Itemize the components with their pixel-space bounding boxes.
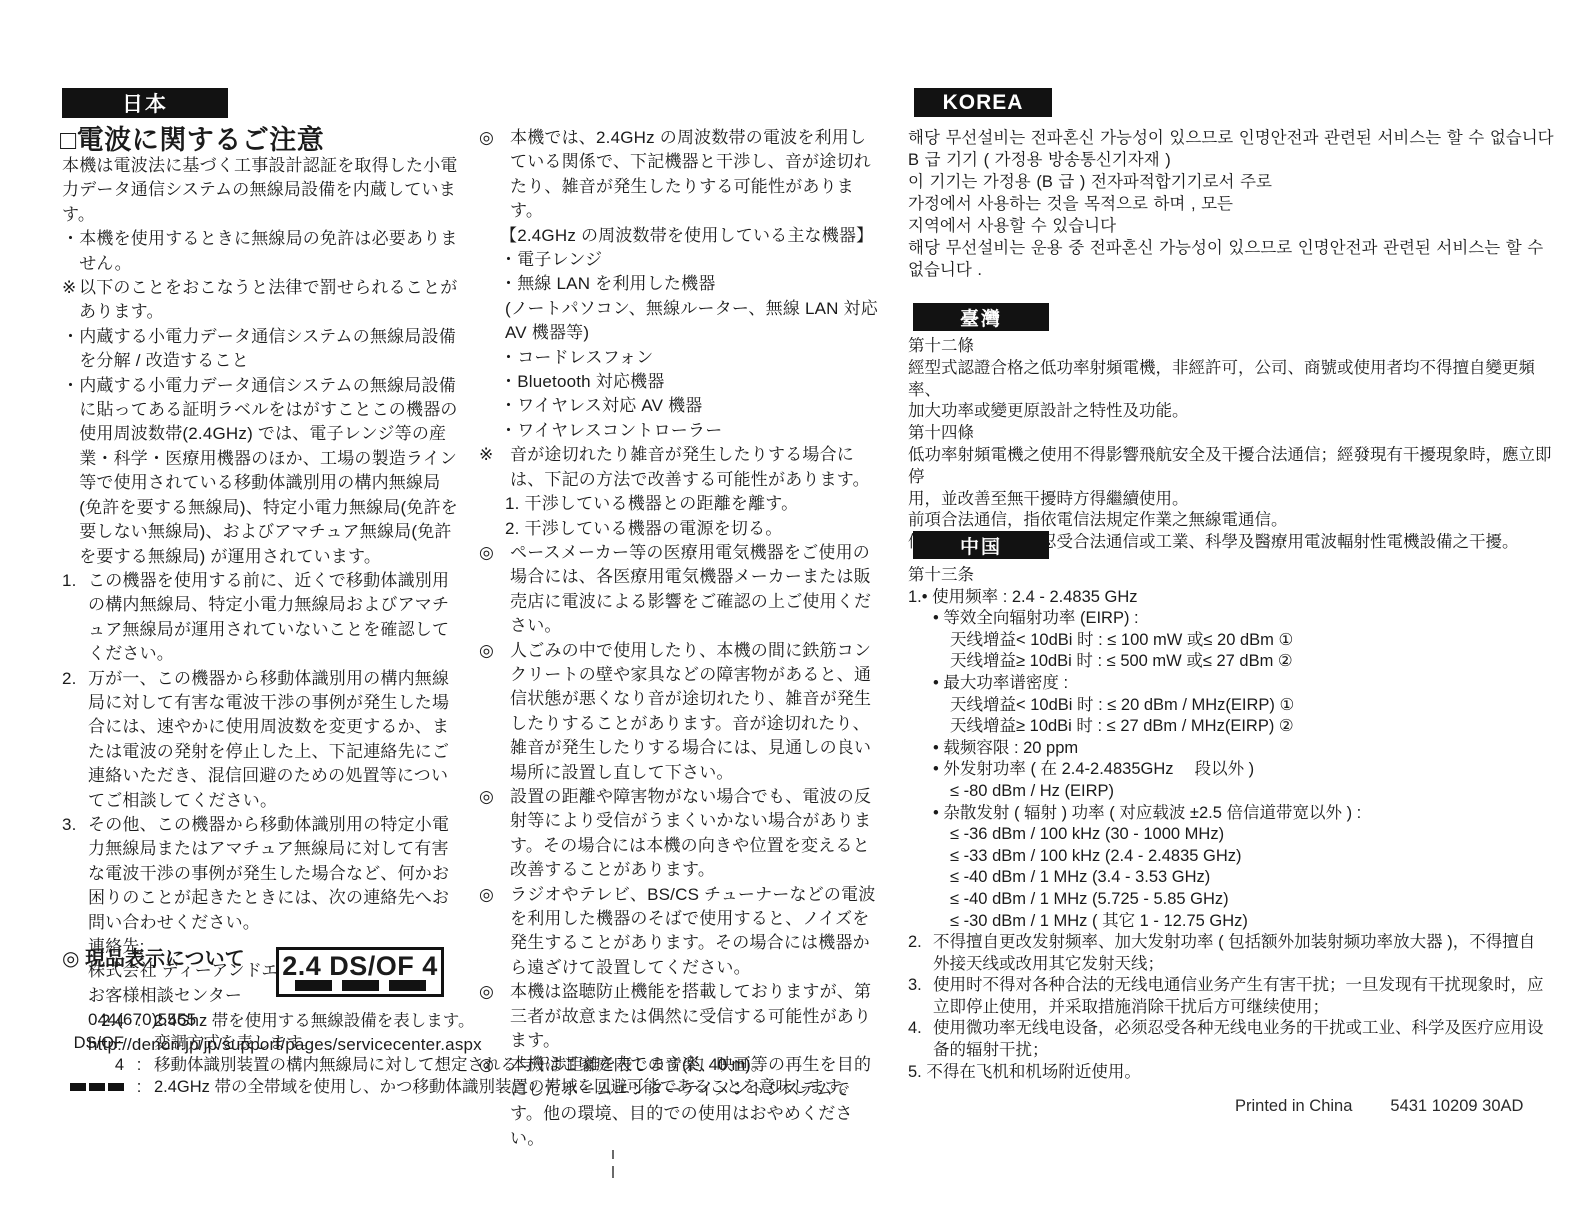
text-line: 第十二條 [908, 336, 1560, 358]
text-line: 2.万が一、この機器から移動体識別用の構内無線局に対して有害な電波干渉の事例が発… [62, 667, 460, 813]
korea-header-box: KOREA [914, 88, 1052, 117]
line-text: 前項合法通信，指依電信法規定作業之無線電通信。 [908, 510, 1560, 532]
text-line: 3.その他、この機器から移動体識別用の特定小電力無線局またはアマチュア無線局に対… [62, 813, 460, 935]
line-text: 内蔵する小電力データ通信システムの無線局設備を分解 / 改造すること [79, 325, 460, 374]
text-line: ・ワイヤレスコントローラー [479, 419, 883, 443]
text-line: 가정에서 사용하는 것을 목적으로 하며 , 모든 [908, 193, 1560, 215]
korea-header-label: KOREA [943, 91, 1024, 115]
legend-row: DS/OF:変調方式を表します。 [62, 1032, 892, 1054]
china-text: 第十三条1.• 使用频率 : 2.4 - 2.4835 GHz• 等效全向辐射功… [908, 565, 1548, 1083]
line-text: 使用时不得对各种合法的无线电通信业务产生有害干扰；一旦发现有干扰现象时，应立即停… [933, 975, 1548, 1018]
text-line: 2. 干渉している機器の電源を切る。 [479, 517, 883, 541]
list-marker: 4. [908, 1018, 933, 1061]
text-line: 低功率射頻電機之使用不得影響飛航安全及干擾合法通信；經發現有干擾現象時，應立即停 [908, 445, 1560, 489]
line-text: • 等效全向辐射功率 (EIRP) : [933, 608, 1548, 630]
text-line: 本機は電波法に基づく工事設計認証を取得した小電力データ通信システムの無線局設備を… [62, 154, 460, 227]
china-header-label: 中国 [960, 532, 1002, 559]
text-line: ◎設置の距離や障害物がない場合でも、電波の反射等により受信がうまくいかない場合が… [479, 785, 883, 883]
legend-separator: : [124, 1032, 154, 1054]
line-text: 第十四條 [908, 423, 1560, 445]
text-line: 3.使用时不得对各种合法的无线电通信业务产生有害干扰；一旦发现有干扰现象时，应立… [908, 975, 1548, 1018]
line-text: 이 기기는 가정용 (B 급 ) 전자파적합기기로서 주로 [908, 171, 1560, 193]
line-text: ≤ -40 dBm / 1 MHz (5.725 - 5.85 GHz) [950, 889, 1548, 911]
legend-description: 2.4Ghz 帯を使用する無線設備を表します。 [154, 1010, 892, 1032]
list-marker: ・ [62, 227, 79, 276]
list-marker: 2. [62, 667, 88, 813]
line-text: 以下のことをおこなうと法律で罰せられることがあります。 [79, 276, 460, 325]
line-text: 없습니다 . [908, 259, 1560, 281]
band-bar-icon [342, 980, 379, 991]
line-text: 【2.4GHz の周波数帯を使用している主な機器】 [500, 224, 883, 248]
line-text: 第十二條 [908, 336, 1560, 358]
text-line: 天线增益≥ 10dBi 时 : ≤ 27 dBm / MHz(EIRP) ② [908, 716, 1548, 738]
legend-separator: : [124, 1054, 154, 1076]
text-line: ≤ -30 dBm / 1 MHz ( 其它 1 - 12.75 GHz) [908, 911, 1548, 933]
text-line: 해당 무선설비는 전파혼신 가능성이 있으므로 인명안전과 관련된 서비스는 할… [908, 127, 1560, 149]
taiwan-header-box: 臺灣 [913, 303, 1049, 331]
line-text: 万が一、この機器から移動体識別用の構内無線局に対して有害な電波干渉の事例が発生し… [88, 667, 460, 813]
text-line: 2.不得擅自更改发射频率、加大发射功率 ( 包括额外加装射频功率放大器 )，不得… [908, 932, 1548, 975]
manual-page: 日本 □電波に関するご注意 本機は電波法に基づく工事設計認証を取得した小電力デー… [0, 0, 1584, 1224]
text-line: ≤ -80 dBm / Hz (EIRP) [908, 781, 1548, 803]
legend-description: 2.4GHz 帯の全帯域を使用し、かつ移動体識別装置の帯域を回避可能であることを… [154, 1076, 892, 1098]
printed-in-label: Printed in China [1235, 1097, 1352, 1116]
line-text: ≤ -40 dBm / 1 MHz (3.4 - 3.53 GHz) [950, 867, 1548, 889]
text-line: • 最大功率谱密度 : [908, 673, 1548, 695]
band-bar-icon [389, 980, 426, 991]
japan-column-1: 本機は電波法に基づく工事設計認証を取得した小電力データ通信システムの無線局設備を… [62, 154, 460, 1057]
line-text: (ノートパソコン、無線ルーター、無線 LAN 対応 AV 機器等) [505, 297, 883, 346]
text-line: 이 기기는 가정용 (B 급 ) 전자파적합기기로서 주로 [908, 171, 1560, 193]
text-line: • 等效全向辐射功率 (EIRP) : [908, 608, 1548, 630]
text-line: 해당 무선설비는 운용 중 전파혼신 가능성이 있으므로 인명안전과 관련된 서… [908, 237, 1560, 259]
legend-row: 2.4:2.4Ghz 帯を使用する無線設備を表します。 [62, 1010, 892, 1032]
text-line: ◎ラジオやテレビ、BS/CS チューナーなどの電波を利用した機器のそばで使用する… [479, 883, 883, 981]
line-text: 天线增益≥ 10dBi 时 : ≤ 27 dBm / MHz(EIRP) ② [950, 716, 1548, 738]
list-marker: ◎ [479, 883, 510, 981]
line-text: 設置の距離や障害物がない場合でも、電波の反射等により受信がうまくいかない場合があ… [510, 785, 883, 883]
text-line: ※以下のことをおこなうと法律で罰せられることがあります。 [62, 276, 460, 325]
list-marker: ◎ [479, 639, 510, 785]
text-line: 天线增益≥ 10dBi 时 : ≤ 500 mW 或≤ 27 dBm ② [908, 651, 1548, 673]
legend-description: 変調方式を表します。 [154, 1032, 892, 1054]
line-text: 해당 무선설비는 운용 중 전파혼신 가능성이 있으므로 인명안전과 관련된 서… [908, 237, 1560, 259]
text-line: 【2.4GHz の周波数帯を使用している主な機器】 [479, 224, 883, 248]
line-text: 本機は電波法に基づく工事設計認証を取得した小電力データ通信システムの無線局設備を… [62, 154, 460, 227]
japan-section-title: □電波に関するご注意 [60, 118, 324, 157]
registration-mark [612, 1150, 614, 1159]
text-line: 天线增益< 10dBi 时 : ≤ 20 dBm / MHz(EIRP) ① [908, 695, 1548, 717]
list-marker: 1. [62, 569, 88, 667]
text-line: 4.使用微功率无线电设备，必须忍受各种无线电业务的干扰或工业、科学及医疗应用设备… [908, 1018, 1548, 1061]
product-marking-title: ◎ 現品表示について [62, 942, 245, 971]
list-marker: ※ [62, 276, 79, 325]
line-text: 經型式認證合格之低功率射頻電機，非經許可，公司、商號或使用者均不得擅自變更頻率、 [908, 358, 1560, 402]
line-text: その他、この機器から移動体識別用の特定小電力無線局またはアマチュア無線局に対して… [88, 813, 460, 935]
text-line: 없습니다 . [908, 259, 1560, 281]
line-text: ラジオやテレビ、BS/CS チューナーなどの電波を利用した機器のそばで使用すると… [510, 883, 883, 981]
legend-description: 移動体識別装置の構内無線局に対して想定される与干渉距離を表します(約 40 m)… [154, 1054, 892, 1076]
text-line: B 급 기기 ( 가정용 방송통신기자재 ) [908, 149, 1560, 171]
print-code: 5431 10209 30AD [1390, 1097, 1523, 1116]
text-line: 第十四條 [908, 423, 1560, 445]
line-text: ペースメーカー等の医療用電気機器をご使用の場合には、各医療用電気機器メーカーまた… [510, 541, 883, 639]
text-line: 지역에서 사용할 수 있습니다 [908, 215, 1560, 237]
band-bars-icon [62, 1076, 124, 1098]
list-marker: ◎ [479, 541, 510, 639]
text-line: 1. 干渉している機器との距離を離す。 [479, 492, 883, 516]
list-marker: 3. [908, 975, 933, 1018]
line-text: 지역에서 사용할 수 있습니다 [908, 215, 1560, 237]
line-text: 2. 干渉している機器の電源を切る。 [505, 517, 883, 541]
legend-label: DS/OF [62, 1032, 124, 1054]
text-line: ※音が途切れたり雑音が発生したりする場合には、下記の方法で改善する可能性がありま… [479, 443, 883, 492]
text-line: 加大功率或變更原設計之特性及功能。 [908, 401, 1560, 423]
line-text: 用，並改善至無干擾時方得繼續使用。 [908, 489, 1560, 511]
line-text: • 外发射功率 ( 在 2.4-2.4835GHz 段以外 ) [933, 759, 1548, 781]
text-line: 天线增益< 10dBi 时 : ≤ 100 mW 或≤ 20 dBm ① [908, 630, 1548, 652]
marking-legend: 2.4:2.4Ghz 帯を使用する無線設備を表します。DS/OF:変調方式を表し… [62, 1010, 892, 1098]
taiwan-header-label: 臺灣 [960, 304, 1002, 331]
line-text: 가정에서 사용하는 것을 목적으로 하며 , 모든 [908, 193, 1560, 215]
text-line: ≤ -33 dBm / 100 kHz (2.4 - 2.4835 GHz) [908, 846, 1548, 868]
legend-row: 4:移動体識別装置の構内無線局に対して想定される与干渉距離を表します(約 40 … [62, 1054, 892, 1076]
line-text: 低功率射頻電機之使用不得影響飛航安全及干擾合法通信；經發現有干擾現象時，應立即停 [908, 445, 1560, 489]
line-text: 人ごみの中で使用したり、本機の間に鉄筋コンクリートの壁や家具などの障害物があると… [510, 639, 883, 785]
text-line: ≤ -36 dBm / 100 kHz (30 - 1000 MHz) [908, 824, 1548, 846]
band-bar-icon [89, 1083, 105, 1091]
text-line: 前項合法通信，指依電信法規定作業之無線電通信。 [908, 510, 1560, 532]
line-text: 内蔵する小電力データ通信システムの無線局設備に貼ってある証明ラベルをはがすことこ… [79, 374, 460, 569]
band-bar-icon [295, 980, 332, 991]
text-line: ◎本機では、2.4GHz の周波数帯の電波を利用している関係で、下記機器と干渉し… [479, 126, 883, 224]
japan-header-box: 日本 [62, 88, 228, 118]
text-line: ◎ペースメーカー等の医療用電気機器をご使用の場合には、各医療用電気機器メーカーま… [479, 541, 883, 639]
legend-separator: : [124, 1076, 154, 1098]
taiwan-text: 第十二條經型式認證合格之低功率射頻電機，非經許可，公司、商號或使用者均不得擅自變… [908, 336, 1560, 554]
band-bar-icon [70, 1083, 86, 1091]
text-line: ・内蔵する小電力データ通信システムの無線局設備を分解 / 改造すること [62, 325, 460, 374]
line-text: 使用微功率无线电设备，必须忍受各种无线电业务的干扰或工业、科学及医疗应用设备的辐… [933, 1018, 1548, 1061]
text-line: • 杂散发射 ( 辐射 ) 功率 ( 对应载波 ±2.5 倍信道带宽以外 ) : [908, 803, 1548, 825]
line-text: 本機では、2.4GHz の周波数帯の電波を利用している関係で、下記機器と干渉し、… [510, 126, 883, 224]
line-text: ≤ -30 dBm / 1 MHz ( 其它 1 - 12.75 GHz) [950, 911, 1548, 933]
line-text: 天线增益< 10dBi 时 : ≤ 100 mW 或≤ 20 dBm ① [950, 630, 1548, 652]
text-line: ・本機を使用するときに無線局の免許は必要ありません。 [62, 227, 460, 276]
line-text: 1. 干渉している機器との距離を離す。 [505, 492, 883, 516]
text-line: 用，並改善至無干擾時方得繼續使用。 [908, 489, 1560, 511]
legend-label: 4 [62, 1054, 124, 1076]
japan-header-label: 日本 [122, 88, 168, 118]
china-header-box: 中国 [913, 531, 1049, 559]
line-text: • 载频容限 : 20 ppm [933, 738, 1548, 760]
line-text: ・無線 LAN を利用した機器 [500, 272, 883, 296]
text-line: ・内蔵する小電力データ通信システムの無線局設備に貼ってある証明ラベルをはがすこと… [62, 374, 460, 569]
line-text: 1.• 使用频率 : 2.4 - 2.4835 GHz [908, 587, 1548, 609]
line-text: ・ワイヤレスコントローラー [500, 419, 883, 443]
text-line: 第十三条 [908, 565, 1548, 587]
line-text: B 급 기기 ( 가정용 방송통신기자재 ) [908, 149, 1560, 171]
line-text: 加大功率或變更原設計之特性及功能。 [908, 401, 1560, 423]
line-text: 不得擅自更改发射频率、加大发射功率 ( 包括额外加装射频功率放大器 )，不得擅自… [933, 932, 1548, 975]
text-line: 1.この機器を使用する前に、近くで移動体識別用の構内無線局、特定小電力無線局およ… [62, 569, 460, 667]
line-text: 해당 무선설비는 전파혼신 가능성이 있으므로 인명안전과 관련된 서비스는 할… [908, 127, 1560, 149]
line-text: ≤ -33 dBm / 100 kHz (2.4 - 2.4835 GHz) [950, 846, 1548, 868]
text-line: ・無線 LAN を利用した機器 [479, 272, 883, 296]
legend-separator: : [124, 1010, 154, 1032]
line-text: ・電子レンジ [500, 248, 883, 272]
line-text: • 最大功率谱密度 : [933, 673, 1548, 695]
line-text: ・Bluetooth 対応機器 [500, 370, 883, 394]
text-line: ・コードレスフォン [479, 346, 883, 370]
korea-text: 해당 무선설비는 전파혼신 가능성이 있으므로 인명안전과 관련된 서비스는 할… [908, 127, 1560, 281]
list-marker: ※ [479, 443, 510, 492]
list-marker: 2. [908, 932, 933, 975]
line-text: 第十三条 [908, 565, 1548, 587]
text-line: ≤ -40 dBm / 1 MHz (3.4 - 3.53 GHz) [908, 867, 1548, 889]
text-line: ≤ -40 dBm / 1 MHz (5.725 - 5.85 GHz) [908, 889, 1548, 911]
japan-column-2: ◎本機では、2.4GHz の周波数帯の電波を利用している関係で、下記機器と干渉し… [479, 126, 883, 1151]
band-bar-icon [108, 1083, 124, 1091]
radio-mark-text: 2.4 DS/OF 4 [282, 954, 438, 978]
line-text: 天线增益< 10dBi 时 : ≤ 20 dBm / MHz(EIRP) ① [950, 695, 1548, 717]
text-line: 1.• 使用频率 : 2.4 - 2.4835 GHz [908, 587, 1548, 609]
text-line: ・ワイヤレス対応 AV 機器 [479, 394, 883, 418]
text-line: • 外发射功率 ( 在 2.4-2.4835GHz 段以外 ) [908, 759, 1548, 781]
line-text: 天线增益≥ 10dBi 时 : ≤ 500 mW 或≤ 27 dBm ② [950, 651, 1548, 673]
line-text: 音が途切れたり雑音が発生したりする場合には、下記の方法で改善する可能性があります… [510, 443, 883, 492]
legend-label: 2.4 [62, 1010, 124, 1032]
line-text: 本機を使用するときに無線局の免許は必要ありません。 [79, 227, 460, 276]
legend-row: :2.4GHz 帯の全帯域を使用し、かつ移動体識別装置の帯域を回避可能であること… [62, 1076, 892, 1098]
text-line: • 载频容限 : 20 ppm [908, 738, 1548, 760]
text-line: (ノートパソコン、無線ルーター、無線 LAN 対応 AV 機器等) [479, 297, 883, 346]
text-line: ・Bluetooth 対応機器 [479, 370, 883, 394]
list-marker: ◎ [479, 126, 510, 224]
registration-mark [612, 1166, 614, 1178]
text-line: ◎人ごみの中で使用したり、本機の間に鉄筋コンクリートの壁や家具などの障害物がある… [479, 639, 883, 785]
text-line: 經型式認證合格之低功率射頻電機，非經許可，公司、商號或使用者均不得擅自變更頻率、 [908, 358, 1560, 402]
list-marker: ◎ [479, 785, 510, 883]
line-text: ・ワイヤレス対応 AV 機器 [500, 394, 883, 418]
list-marker: ・ [62, 374, 79, 569]
line-text: ≤ -80 dBm / Hz (EIRP) [950, 781, 1548, 803]
line-text: • 杂散发射 ( 辐射 ) 功率 ( 对应载波 ±2.5 倍信道带宽以外 ) : [933, 803, 1548, 825]
radio-mark-band-bars-icon [295, 980, 426, 991]
text-line: 5. 不得在飞机和机场附近使用。 [908, 1062, 1548, 1084]
text-line: ・電子レンジ [479, 248, 883, 272]
list-marker: ・ [62, 325, 79, 374]
line-text: ≤ -36 dBm / 100 kHz (30 - 1000 MHz) [950, 824, 1548, 846]
line-text: この機器を使用する前に、近くで移動体識別用の構内無線局、特定小電力無線局およびア… [88, 569, 460, 667]
line-text: ・コードレスフォン [500, 346, 883, 370]
line-text: 5. 不得在飞机和机场附近使用。 [908, 1062, 1548, 1084]
list-marker: 3. [62, 813, 88, 935]
print-footer: Printed in China 5431 10209 30AD [1235, 1097, 1523, 1116]
radio-certification-mark: 2.4 DS/OF 4 [276, 947, 444, 997]
